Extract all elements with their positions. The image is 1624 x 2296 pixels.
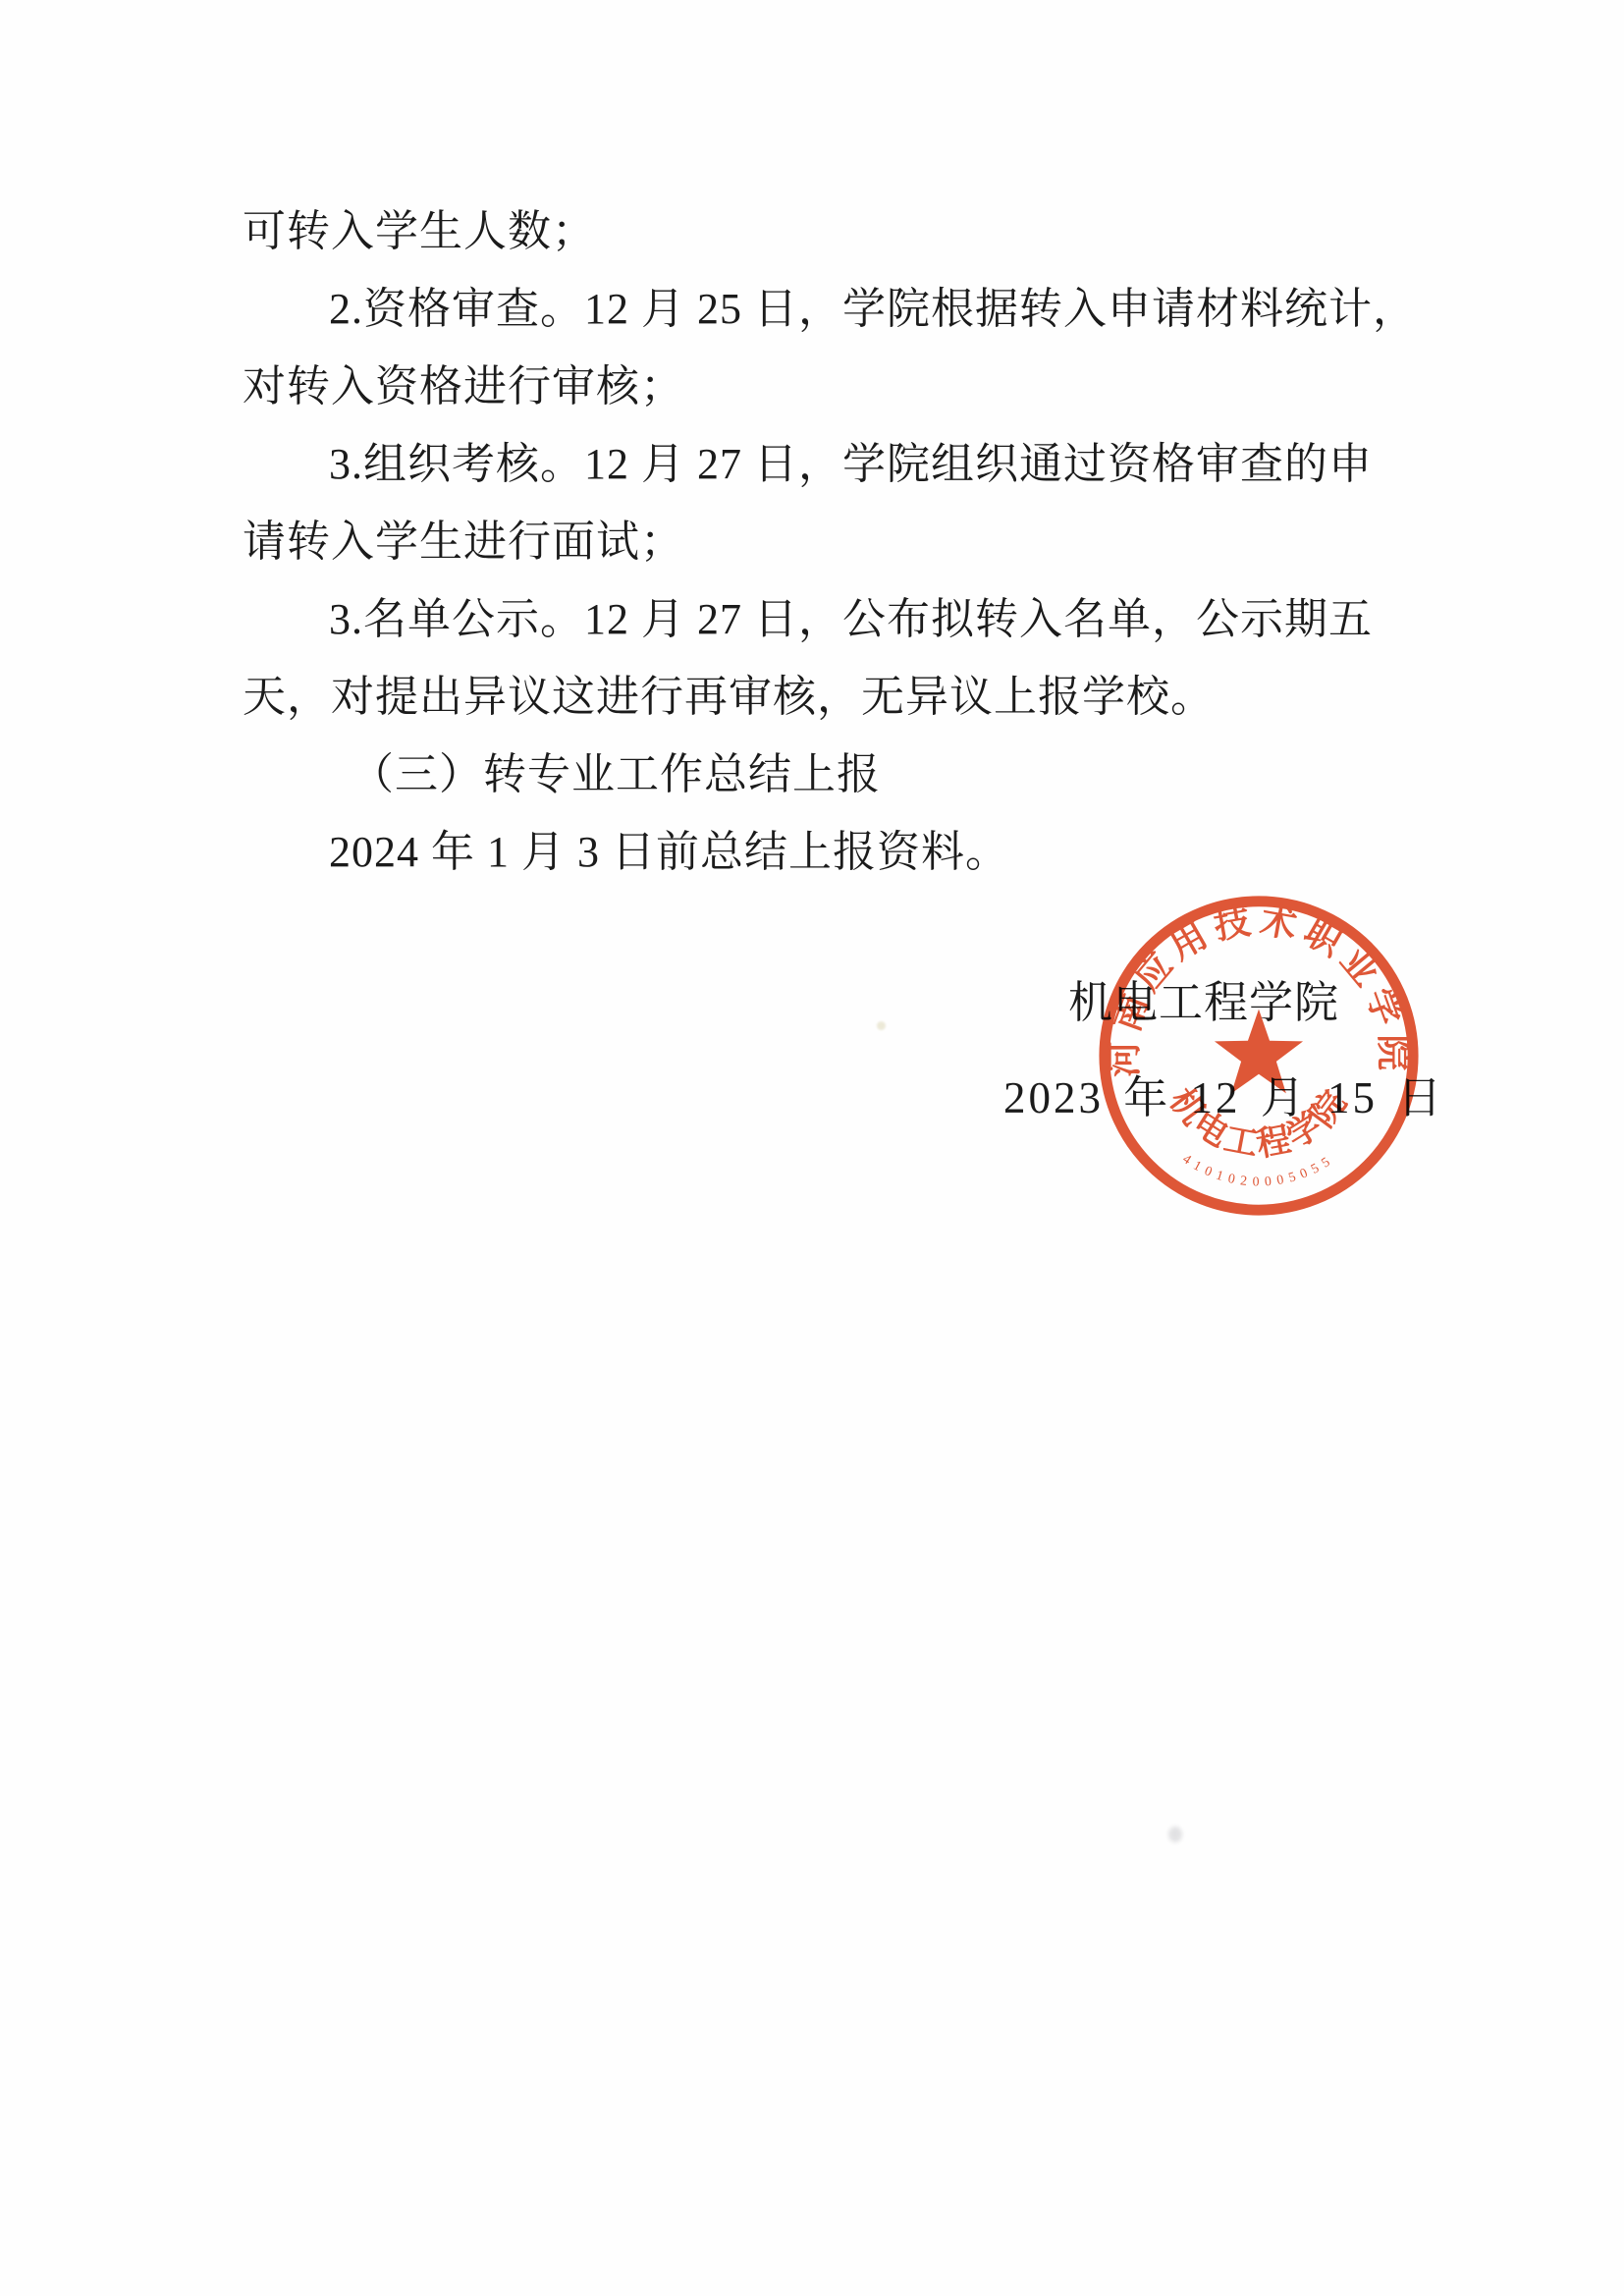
seal-star [1215, 1010, 1303, 1094]
official-seal: 河南应用技术职业学院 机电工程学院 4101020005055 [1094, 891, 1424, 1221]
document-body: 可转入学生人数； 2.资格审查。12 月 25 日，学院根据转入申请材料统计， … [243, 192, 1406, 891]
body-line: 3.名单公示。12 月 27 日，公布拟转入名单，公示期五 [243, 580, 1406, 658]
seal-inner-arc: 机电工程学院 [1162, 1082, 1355, 1164]
body-line: 对转入资格进行审核； [243, 348, 1406, 425]
scan-speck [877, 1021, 886, 1030]
body-line: 3.组织考核。12 月 27 日，学院组织通过资格审查的申 [243, 425, 1406, 503]
scan-speck [1168, 1827, 1182, 1842]
body-line: 2.资格审查。12 月 25 日，学院根据转入申请材料统计， [243, 270, 1406, 348]
seal-code-arc: 4101020005055 [1180, 1151, 1337, 1188]
body-line: 可转入学生人数； [243, 192, 1406, 270]
body-line: 请转入学生进行面试； [243, 503, 1406, 580]
document-page: 可转入学生人数； 2.资格审查。12 月 25 日，学院根据转入申请材料统计， … [0, 0, 1624, 2296]
body-line: 2024 年 1 月 3 日前总结上报资料。 [243, 813, 1406, 891]
body-line: 天，对提出异议这进行再审核，无异议上报学校。 [243, 658, 1406, 736]
seal-inner-text: 机电工程学院 [1162, 1082, 1355, 1164]
seal-code-text: 4101020005055 [1180, 1151, 1337, 1188]
section-heading: （三）转专业工作总结上报 [243, 736, 1406, 813]
